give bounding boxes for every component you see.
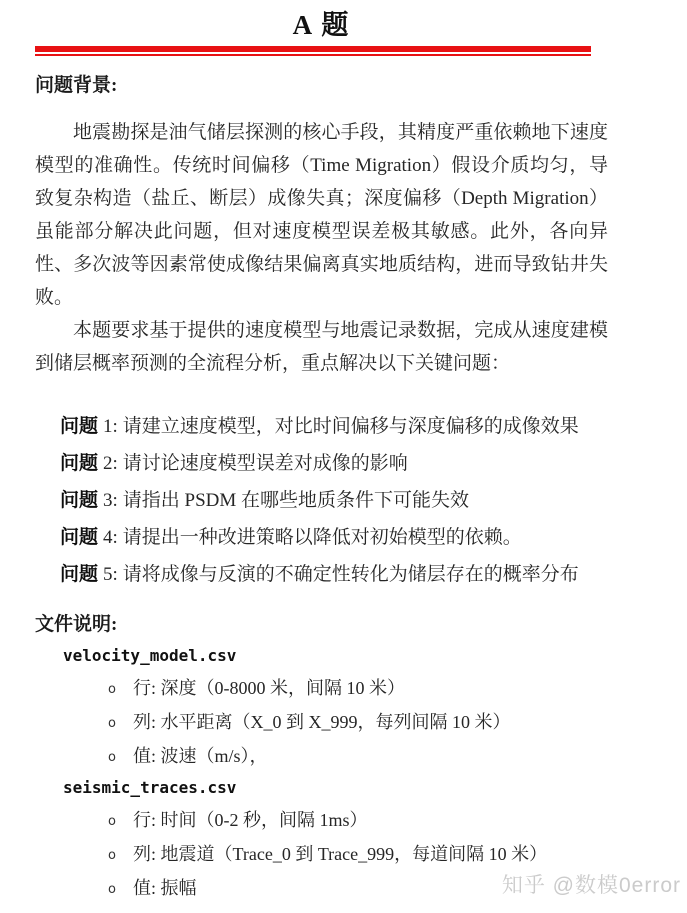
file-bullet-row: o值: 波速（m/s），: [108, 745, 608, 769]
circle-bullet-icon: o: [108, 713, 118, 735]
question-item-3: 问题3:请指出 PSDM 在哪些地质条件下可能失效: [60, 490, 608, 511]
circle-bullet-icon: o: [108, 811, 118, 833]
background-paragraph-2: 本题要求基于提供的速度模型与地震记录数据，完成从速度建模到储层概率预测的全流程分…: [35, 314, 608, 380]
question-text: 请讨论速度模型误差对成像的影响: [123, 453, 408, 474]
background-paragraph-1: 地震勘探是油气储层探测的核心手段，其精度严重依赖地下速度模型的准确性。传统时间偏…: [35, 116, 608, 314]
file-bullet-text: 列: 地震道（Trace_0 到 Trace_999，每道间隔 10 米）: [133, 844, 547, 864]
file-bullet-text: 值: 振幅: [133, 878, 197, 898]
question-label: 问题: [60, 527, 98, 548]
question-list: 问题1:请建立速度模型，对比时间偏移与深度偏移的成像效果 问题2:请讨论速度模型…: [35, 416, 608, 585]
red-divider: [35, 46, 591, 56]
file-bullet-text: 值: 波速（m/s），: [133, 746, 268, 766]
question-number: 3:: [103, 490, 118, 511]
question-label: 问题: [60, 564, 98, 585]
file-bullet-row: o列: 地震道（Trace_0 到 Trace_999，每道间隔 10 米）: [108, 843, 608, 867]
file-bullet-text: 行: 深度（0-8000 米，间隔 10 米）: [133, 678, 405, 698]
page-title: A 题: [35, 8, 608, 42]
background-heading: 问题背景:: [35, 74, 608, 98]
question-label: 问题: [60, 416, 98, 437]
file-bullet-text: 列: 水平距离（X_0 到 X_999，每列间隔 10 米）: [133, 712, 511, 732]
file-bullet-row: o行: 时间（0-2 秒，间隔 1ms）: [108, 809, 608, 833]
circle-bullet-icon: o: [108, 879, 118, 901]
files-heading: 文件说明:: [35, 613, 608, 637]
file-bullet-text: 行: 时间（0-2 秒，间隔 1ms）: [133, 810, 368, 830]
question-label: 问题: [60, 453, 98, 474]
document-page: A 题 问题背景: 地震勘探是油气储层探测的核心手段，其精度严重依赖地下速度模型…: [0, 0, 687, 913]
question-text: 请指出 PSDM 在哪些地质条件下可能失效: [123, 490, 469, 511]
question-label: 问题: [60, 490, 98, 511]
question-text: 请建立速度模型，对比时间偏移与深度偏移的成像效果: [123, 416, 579, 437]
watermark: 知乎 @数模0error: [502, 869, 681, 899]
question-item-2: 问题2:请讨论速度模型误差对成像的影响: [60, 453, 608, 474]
circle-bullet-icon: o: [108, 679, 118, 701]
question-number: 4:: [103, 527, 118, 548]
file-name-velocity-model: velocity_model.csv: [63, 645, 608, 667]
circle-bullet-icon: o: [108, 747, 118, 769]
question-item-1: 问题1:请建立速度模型，对比时间偏移与深度偏移的成像效果: [60, 416, 608, 437]
question-item-5: 问题5:请将成像与反演的不确定性转化为储层存在的概率分布: [60, 564, 608, 585]
question-text: 请将成像与反演的不确定性转化为储层存在的概率分布: [123, 564, 579, 585]
file-name-seismic-traces: seismic_traces.csv: [63, 777, 608, 799]
question-number: 1:: [103, 416, 118, 437]
file-bullet-row: o行: 深度（0-8000 米，间隔 10 米）: [108, 677, 608, 701]
question-text: 请提出一种改进策略以降低对初始模型的依赖。: [123, 527, 522, 548]
circle-bullet-icon: o: [108, 845, 118, 867]
file-block-velocity-model: velocity_model.csv o行: 深度（0-8000 米，间隔 10…: [35, 645, 608, 769]
question-number: 5:: [103, 564, 118, 585]
question-number: 2:: [103, 453, 118, 474]
question-item-4: 问题4:请提出一种改进策略以降低对初始模型的依赖。: [60, 527, 608, 548]
file-bullet-row: o列: 水平距离（X_0 到 X_999，每列间隔 10 米）: [108, 711, 608, 735]
